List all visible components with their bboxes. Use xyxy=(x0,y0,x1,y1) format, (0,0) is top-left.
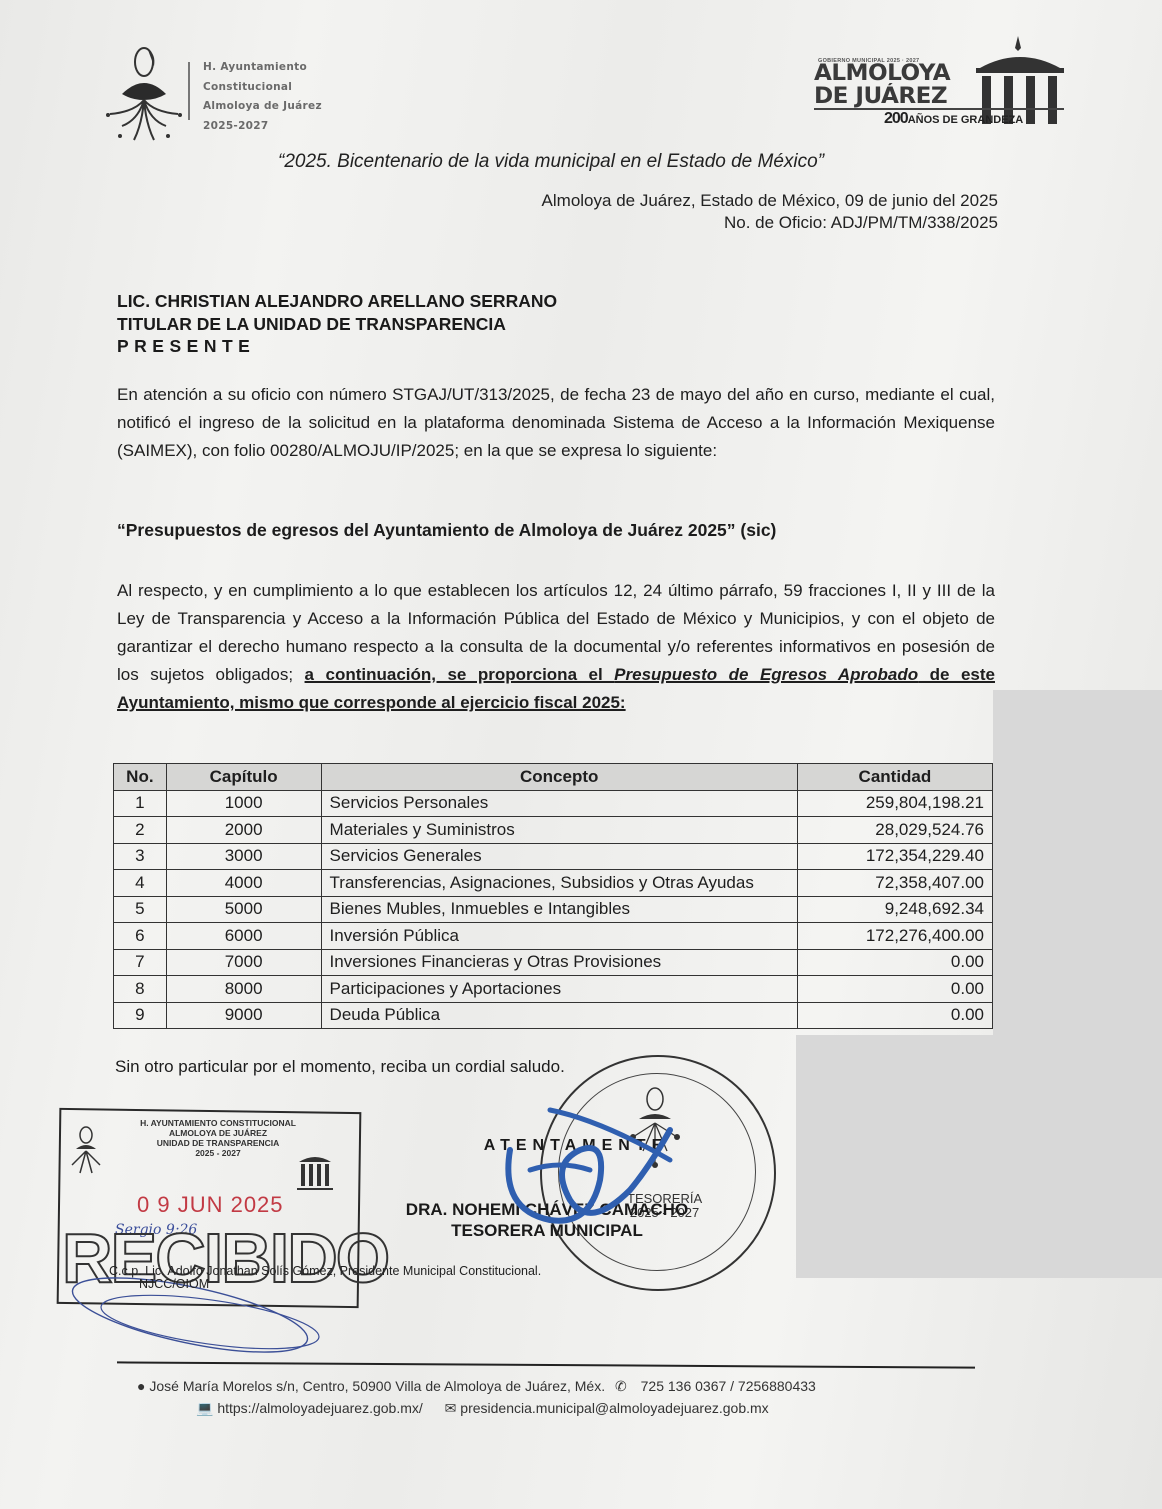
cell-concepto: Servicios Personales xyxy=(321,790,797,817)
cell-concepto: Participaciones y Aportaciones xyxy=(321,976,797,1003)
cell-no: 5 xyxy=(114,896,167,923)
cell-cantidad: 9,248,692.34 xyxy=(797,896,992,923)
phone-icon: ✆ xyxy=(615,1378,627,1394)
logo-line: Almoloya de Juárez xyxy=(203,97,322,117)
logo-divider xyxy=(188,62,190,120)
cell-capitulo: 2000 xyxy=(166,817,321,844)
cell-cantidad: 172,354,229.40 xyxy=(797,843,992,870)
stamp-emblem-icon xyxy=(66,1125,106,1180)
table-row: 99000Deuda Pública0.00 xyxy=(114,1002,993,1029)
cell-capitulo: 3000 xyxy=(166,843,321,870)
cell-no: 7 xyxy=(114,949,167,976)
cell-cantidad: 259,804,198.21 xyxy=(797,790,992,817)
cell-capitulo: 6000 xyxy=(166,923,321,950)
cell-concepto: Inversión Pública xyxy=(321,923,797,950)
logo-line: Constitucional xyxy=(203,78,322,98)
cell-concepto: Bienes Mubles, Inmuebles e Intangibles xyxy=(321,896,797,923)
cell-no: 6 xyxy=(114,923,167,950)
legal-paragraph: Al respecto, y en cumplimiento a lo que … xyxy=(117,577,995,717)
cell-no: 8 xyxy=(114,976,167,1003)
logo-line: H. Ayuntamiento xyxy=(203,58,322,78)
redaction-box xyxy=(993,690,1162,1040)
cell-no: 2 xyxy=(114,817,167,844)
footer-web-line: 💻 https://almoloyadejuarez.gob.mx/ ✉ pre… xyxy=(196,1400,769,1417)
cell-capitulo: 8000 xyxy=(166,976,321,1003)
cell-capitulo: 7000 xyxy=(166,949,321,976)
col-header-no: No. xyxy=(114,764,167,791)
cell-concepto: Transferencias, Asignaciones, Subsidios … xyxy=(321,870,797,897)
year-motto: “2025. Bicentenario de la vida municipal… xyxy=(278,151,824,173)
cell-cantidad: 172,276,400.00 xyxy=(797,923,992,950)
received-stamp-header: H. AYUNTAMIENTO CONSTITUCIONAL ALMOLOYA … xyxy=(118,1118,318,1158)
logo-title-line1: ALMOLOYA xyxy=(814,63,950,85)
cell-cantidad: 0.00 xyxy=(797,1002,992,1029)
cell-cantidad: 72,358,407.00 xyxy=(797,870,992,897)
logo-line: 2025-2027 xyxy=(203,117,322,137)
footer-email[interactable]: presidencia.municipal@almoloyadejuarez.g… xyxy=(460,1400,768,1416)
footer-phone[interactable]: 725 136 0367 / 7256880433 xyxy=(641,1378,816,1394)
carbon-copy: C.c.p. Lic. Adolfo Jonathan Solís Gómez,… xyxy=(109,1265,541,1291)
cell-no: 4 xyxy=(114,870,167,897)
location-pin-icon: ● xyxy=(137,1378,145,1394)
cell-capitulo: 5000 xyxy=(166,896,321,923)
footer-website[interactable]: https://almoloyadejuarez.gob.mx/ xyxy=(217,1400,422,1416)
table-row: 22000Materiales y Suministros28,029,524.… xyxy=(114,817,993,844)
cell-no: 1 xyxy=(114,790,167,817)
closing-line: Sin otro particular por el momento, reci… xyxy=(115,1057,565,1077)
cell-capitulo: 1000 xyxy=(166,790,321,817)
cell-cantidad: 0.00 xyxy=(797,976,992,1003)
logo-tagline: 200AÑOS DE GRANDEZA xyxy=(884,110,1023,128)
table-row: 66000Inversión Pública172,276,400.00 xyxy=(114,923,993,950)
municipal-name-block: H. Ayuntamiento Constitucional Almoloya … xyxy=(203,58,322,136)
col-header-capitulo: Capítulo xyxy=(166,764,321,791)
recipient-present: PRESENTE xyxy=(117,335,557,358)
table-row: 88000Participaciones y Aportaciones0.00 xyxy=(114,976,993,1003)
cell-concepto: Inversiones Financieras y Otras Provisio… xyxy=(321,949,797,976)
received-date: 0 9 JUN 2025 xyxy=(137,1192,284,1218)
recipient-name: LIC. CHRISTIAN ALEJANDRO ARELLANO SERRAN… xyxy=(117,290,557,313)
cell-no: 3 xyxy=(114,843,167,870)
footer-address: José María Morelos s/n, Centro, 50900 Vi… xyxy=(149,1378,605,1394)
cell-capitulo: 4000 xyxy=(166,870,321,897)
table-row: 44000Transferencias, Asignaciones, Subsi… xyxy=(114,870,993,897)
intro-paragraph: En atención a su oficio con número STGAJ… xyxy=(117,381,995,465)
recipient-block: LIC. CHRISTIAN ALEJANDRO ARELLANO SERRAN… xyxy=(117,290,557,358)
table-header-row: No. Capítulo Concepto Cantidad xyxy=(114,764,993,791)
cell-capitulo: 9000 xyxy=(166,1002,321,1029)
redaction-box xyxy=(796,1035,1162,1278)
table-row: 33000Servicios Generales172,354,229.40 xyxy=(114,843,993,870)
ccp-initials: NJCC/OIOM xyxy=(109,1278,541,1291)
col-header-cantidad: Cantidad xyxy=(797,764,992,791)
recipient-title: TITULAR DE LA UNIDAD DE TRANSPARENCIA xyxy=(117,313,557,336)
cell-concepto: Servicios Generales xyxy=(321,843,797,870)
cell-concepto: Materiales y Suministros xyxy=(321,817,797,844)
cell-cantidad: 0.00 xyxy=(797,949,992,976)
budget-title-italic: Presupuesto de Egresos Aprobado xyxy=(614,665,918,684)
cell-no: 9 xyxy=(114,1002,167,1029)
table-row: 55000Bienes Mubles, Inmuebles e Intangib… xyxy=(114,896,993,923)
handwritten-signature xyxy=(490,1090,690,1230)
cell-cantidad: 28,029,524.76 xyxy=(797,817,992,844)
budget-table: No. Capítulo Concepto Cantidad 11000Serv… xyxy=(113,763,993,1029)
table-row: 11000Servicios Personales259,804,198.21 xyxy=(114,790,993,817)
col-header-concepto: Concepto xyxy=(321,764,797,791)
cell-concepto: Deuda Pública xyxy=(321,1002,797,1029)
dateline: Almoloya de Juárez, Estado de México, 09… xyxy=(542,190,998,234)
oficio-number: No. de Oficio: ADJ/PM/TM/338/2025 xyxy=(542,212,998,234)
footer-contact-line: ● José María Morelos s/n, Centro, 50900 … xyxy=(137,1378,816,1395)
place-date: Almoloya de Juárez, Estado de México, 09… xyxy=(542,190,998,212)
email-icon: ✉ xyxy=(445,1400,457,1416)
request-quote: “Presupuestos de egresos del Ayuntamient… xyxy=(117,520,776,541)
table-row: 77000Inversiones Financieras y Otras Pro… xyxy=(114,949,993,976)
laptop-icon: 💻 xyxy=(196,1400,213,1416)
municipal-emblem-icon xyxy=(98,40,188,150)
logo-title-line2: DE JUÁREZ xyxy=(814,86,947,108)
